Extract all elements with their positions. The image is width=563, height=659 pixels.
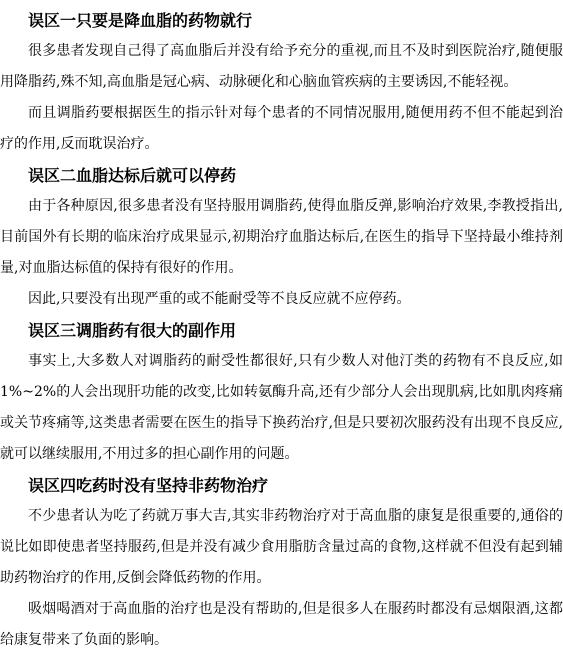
- paragraph: 而且调脂药要根据医生的指示针对每个患者的不同情况服用,随便用药不但不能起到治疗的…: [0, 98, 563, 160]
- paragraph: 因此,只要没有出现严重的或不能耐受等不良反应就不应停药。: [0, 284, 563, 315]
- article: 误区一只要是降血脂的药物就行 很多患者发现自己得了高血脂后并没有给予充分的重视,…: [0, 0, 563, 656]
- section-heading: 误区一只要是降血脂的药物就行: [0, 5, 563, 36]
- section-heading: 误区四吃药时没有坚持非药物治疗: [0, 470, 563, 501]
- section: 误区四吃药时没有坚持非药物治疗 不少患者认为吃了药就万事大吉,其实非药物治疗对于…: [0, 470, 563, 656]
- paragraph: 很多患者发现自己得了高血脂后并没有给予充分的重视,而且不及时到医院治疗,随便服用…: [0, 36, 563, 98]
- page: 误区一只要是降血脂的药物就行 很多患者发现自己得了高血脂后并没有给予充分的重视,…: [0, 0, 563, 659]
- section: 误区二血脂达标后就可以停药 由于各种原因,很多患者没有坚持服用调脂药,使得血脂反…: [0, 160, 563, 315]
- section: 误区一只要是降血脂的药物就行 很多患者发现自己得了高血脂后并没有给予充分的重视,…: [0, 5, 563, 160]
- paragraph: 吸烟喝酒对于高血脂的治疗也是没有帮助的,但是很多人在服药时都没有忌烟限酒,这都给…: [0, 594, 563, 656]
- section-heading: 误区二血脂达标后就可以停药: [0, 160, 563, 191]
- paragraph: 由于各种原因,很多患者没有坚持服用调脂药,使得血脂反弹,影响治疗效果,李教授指出…: [0, 191, 563, 284]
- paragraph: 不少患者认为吃了药就万事大吉,其实非药物治疗对于高血脂的康复是很重要的,通俗的说…: [0, 501, 563, 594]
- section: 误区三调脂药有很大的副作用 事实上,大多数人对调脂药的耐受性都很好,只有少数人对…: [0, 315, 563, 470]
- paragraph: 事实上,大多数人对调脂药的耐受性都很好,只有少数人对他汀类的药物有不良反应,如 …: [0, 346, 563, 470]
- section-heading: 误区三调脂药有很大的副作用: [0, 315, 563, 346]
